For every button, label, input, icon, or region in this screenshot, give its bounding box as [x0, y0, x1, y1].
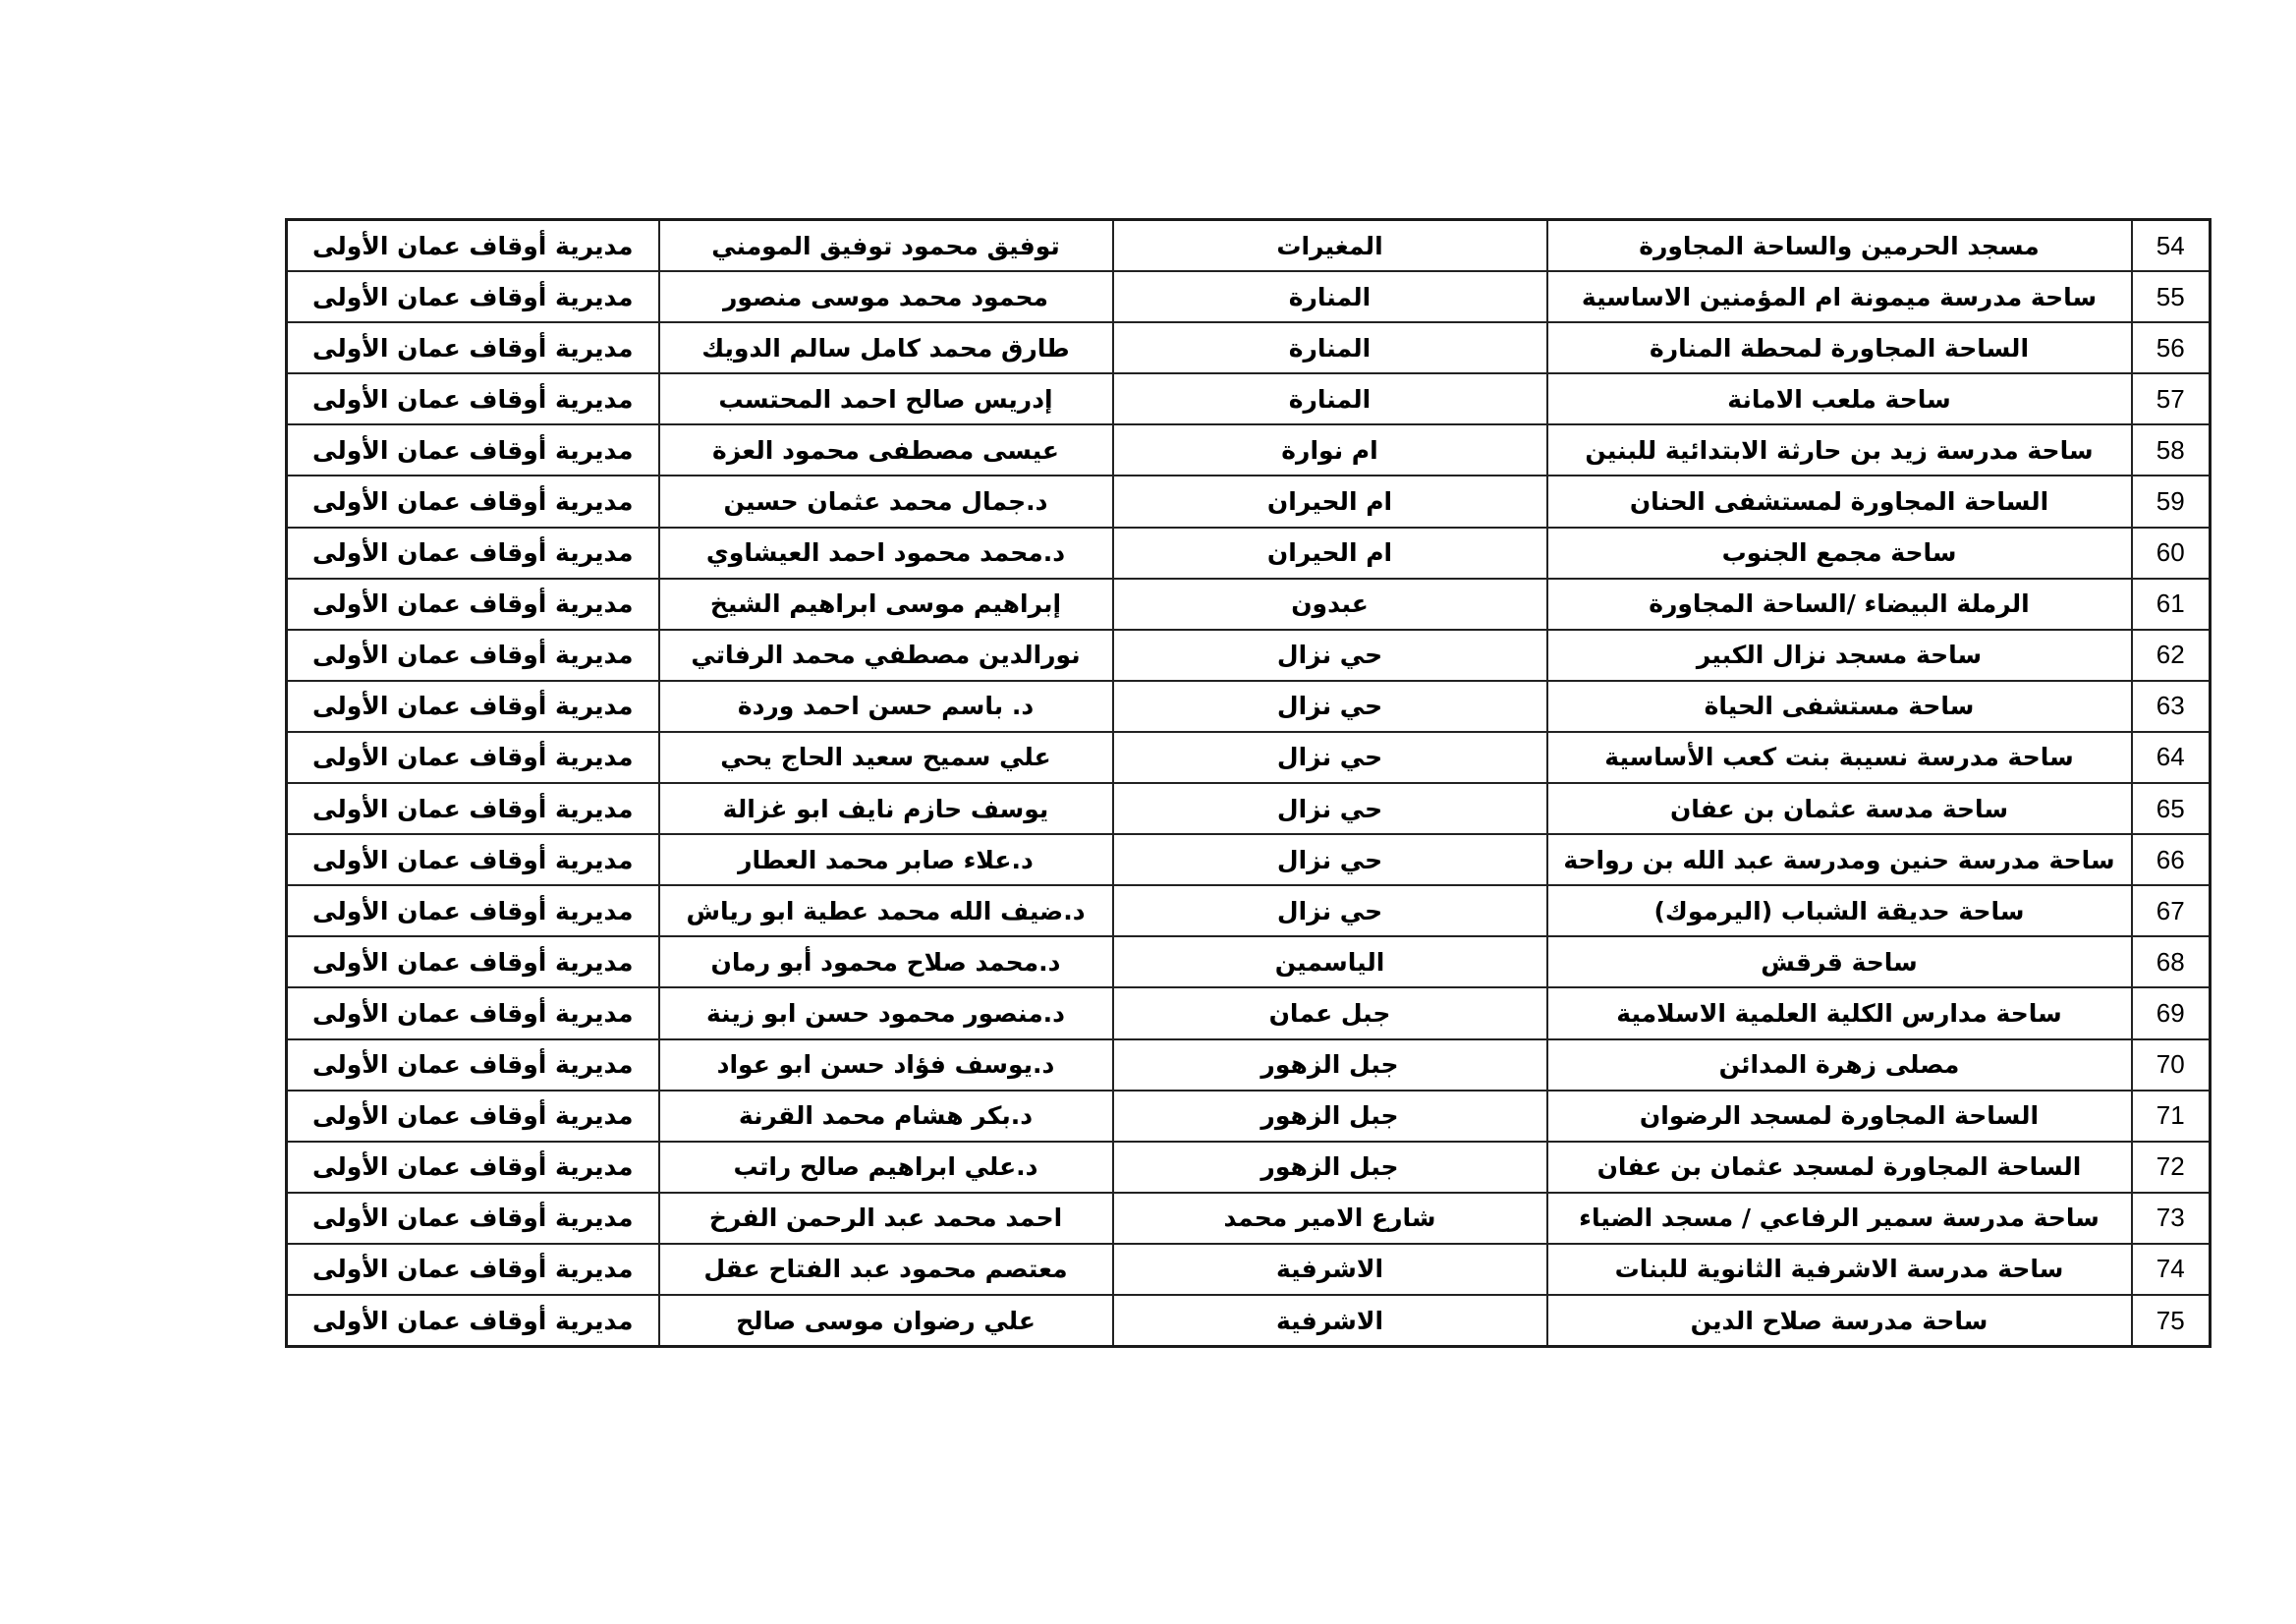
imam-name-cell: احمد محمد عبد الرحمن الفرخ	[659, 1193, 1113, 1244]
table-row: 66 ساحة مدرسة حنين ومدرسة عبد الله بن رو…	[287, 834, 2211, 885]
imam-name-cell: علي رضوان موسى صالح	[659, 1295, 1113, 1347]
area-cell: حي نزال	[1113, 630, 1547, 681]
directorate-cell: مديرية أوقاف عمان الأولى	[287, 322, 659, 373]
imam-name-cell: د.ضيف الله محمد عطية ابو رياش	[659, 885, 1113, 936]
row-number-cell: 63	[2132, 681, 2211, 732]
site-cell: ساحة مستشفى الحياة	[1547, 681, 2132, 732]
table-row: 54 مسجد الحرمين والساحة المجاورة المغيرا…	[287, 220, 2211, 272]
area-cell: حي نزال	[1113, 732, 1547, 783]
imam-name-cell: د.علي ابراهيم صالح راتب	[659, 1142, 1113, 1193]
table-row: 69 ساحة مدارس الكلية العلمية الاسلامية ج…	[287, 987, 2211, 1038]
area-cell: الاشرفية	[1113, 1295, 1547, 1347]
directorate-cell: مديرية أوقاف عمان الأولى	[287, 783, 659, 834]
imam-name-cell: د.محمد صلاح محمود أبو رمان	[659, 936, 1113, 987]
imam-name-cell: د.منصور محمود حسن ابو زينة	[659, 987, 1113, 1038]
area-cell: ام الحيران	[1113, 476, 1547, 527]
site-cell: ساحة ملعب الامانة	[1547, 373, 2132, 424]
directorate-cell: مديرية أوقاف عمان الأولى	[287, 220, 659, 272]
site-cell: ساحة مدرسة زيد بن حارثة الابتدائية للبني…	[1547, 424, 2132, 476]
table-row: 71 الساحة المجاورة لمسجد الرضوان جبل الز…	[287, 1091, 2211, 1142]
table-row: 62 ساحة مسجد نزال الكبير حي نزال نورالدي…	[287, 630, 2211, 681]
directorate-cell: مديرية أوقاف عمان الأولى	[287, 681, 659, 732]
directorate-cell: مديرية أوقاف عمان الأولى	[287, 1091, 659, 1142]
directorate-cell: مديرية أوقاف عمان الأولى	[287, 271, 659, 322]
imam-name-cell: د. باسم حسن احمد وردة	[659, 681, 1113, 732]
directorate-cell: مديرية أوقاف عمان الأولى	[287, 1295, 659, 1347]
row-number-cell: 60	[2132, 528, 2211, 579]
directorate-cell: مديرية أوقاف عمان الأولى	[287, 373, 659, 424]
site-cell: الساحة المجاورة لمسجد عثمان بن عفان	[1547, 1142, 2132, 1193]
directorate-cell: مديرية أوقاف عمان الأولى	[287, 834, 659, 885]
row-number-cell: 62	[2132, 630, 2211, 681]
row-number-cell: 61	[2132, 579, 2211, 630]
area-cell: حي نزال	[1113, 834, 1547, 885]
site-cell: ساحة مسجد نزال الكبير	[1547, 630, 2132, 681]
site-cell: ساحة مدارس الكلية العلمية الاسلامية	[1547, 987, 2132, 1038]
table-row: 73 ساحة مدرسة سمير الرفاعي / مسجد الضياء…	[287, 1193, 2211, 1244]
imam-name-cell: د.جمال محمد عثمان حسين	[659, 476, 1113, 527]
site-cell: مسجد الحرمين والساحة المجاورة	[1547, 220, 2132, 272]
site-cell: الساحة المجاورة لمستشفى الحنان	[1547, 476, 2132, 527]
row-number-cell: 58	[2132, 424, 2211, 476]
directorate-cell: مديرية أوقاف عمان الأولى	[287, 885, 659, 936]
table-row: 68 ساحة قرقش الياسمين د.محمد صلاح محمود …	[287, 936, 2211, 987]
row-number-cell: 56	[2132, 322, 2211, 373]
imam-name-cell: محمود محمد موسى منصور	[659, 271, 1113, 322]
table-row: 67 ساحة حديقة الشباب (اليرموك) حي نزال د…	[287, 885, 2211, 936]
site-cell: ساحة مدرسة نسيبة بنت كعب الأساسية	[1547, 732, 2132, 783]
imam-name-cell: يوسف حازم نايف ابو غزالة	[659, 783, 1113, 834]
site-cell: ساحة مدرسة ميمونة ام المؤمنين الاساسية	[1547, 271, 2132, 322]
imam-name-cell: عيسى مصطفى محمود العزة	[659, 424, 1113, 476]
site-cell: الساحة المجاورة لمسجد الرضوان	[1547, 1091, 2132, 1142]
area-cell: جبل الزهور	[1113, 1039, 1547, 1091]
table-row: 56 الساحة المجاورة لمحطة المنارة المنارة…	[287, 322, 2211, 373]
imam-name-cell: علي سميح سعيد الحاج يحي	[659, 732, 1113, 783]
table-row: 75 ساحة مدرسة صلاح الدين الاشرفية علي رض…	[287, 1295, 2211, 1347]
imam-name-cell: د.بكر هشام محمد القرنة	[659, 1091, 1113, 1142]
imam-name-cell: د.علاء صابر محمد العطار	[659, 834, 1113, 885]
area-cell: المنارة	[1113, 373, 1547, 424]
site-cell: ساحة مجمع الجنوب	[1547, 528, 2132, 579]
row-number-cell: 54	[2132, 220, 2211, 272]
directorate-cell: مديرية أوقاف عمان الأولى	[287, 424, 659, 476]
directorate-cell: مديرية أوقاف عمان الأولى	[287, 476, 659, 527]
directorate-cell: مديرية أوقاف عمان الأولى	[287, 936, 659, 987]
directorate-cell: مديرية أوقاف عمان الأولى	[287, 1193, 659, 1244]
site-cell: ساحة مدرسة صلاح الدين	[1547, 1295, 2132, 1347]
row-number-cell: 71	[2132, 1091, 2211, 1142]
row-number-cell: 69	[2132, 987, 2211, 1038]
table-row: 63 ساحة مستشفى الحياة حي نزال د. باسم حس…	[287, 681, 2211, 732]
directorate-cell: مديرية أوقاف عمان الأولى	[287, 528, 659, 579]
imam-name-cell: توفيق محمود توفيق المومني	[659, 220, 1113, 272]
row-number-cell: 72	[2132, 1142, 2211, 1193]
table-row: 74 ساحة مدرسة الاشرفية الثانوية للبنات ا…	[287, 1244, 2211, 1295]
imam-name-cell: إدريس صالح احمد المحتسب	[659, 373, 1113, 424]
directorate-cell: مديرية أوقاف عمان الأولى	[287, 1244, 659, 1295]
table-row: 58 ساحة مدرسة زيد بن حارثة الابتدائية لل…	[287, 424, 2211, 476]
area-cell: ام نوارة	[1113, 424, 1547, 476]
row-number-cell: 55	[2132, 271, 2211, 322]
area-cell: شارع الامير محمد	[1113, 1193, 1547, 1244]
area-cell: الياسمين	[1113, 936, 1547, 987]
row-number-cell: 65	[2132, 783, 2211, 834]
area-cell: حي نزال	[1113, 783, 1547, 834]
table-row: 57 ساحة ملعب الامانة المنارة إدريس صالح …	[287, 373, 2211, 424]
directorate-cell: مديرية أوقاف عمان الأولى	[287, 630, 659, 681]
imam-name-cell: إبراهيم موسى ابراهيم الشيخ	[659, 579, 1113, 630]
area-cell: المنارة	[1113, 271, 1547, 322]
table-row: 72 الساحة المجاورة لمسجد عثمان بن عفان ج…	[287, 1142, 2211, 1193]
table-row: 61 الرملة البيضاء /الساحة المجاورة عبدون…	[287, 579, 2211, 630]
area-cell: جبل عمان	[1113, 987, 1547, 1038]
site-cell: الساحة المجاورة لمحطة المنارة	[1547, 322, 2132, 373]
site-cell: ساحة قرقش	[1547, 936, 2132, 987]
table-row: 59 الساحة المجاورة لمستشفى الحنان ام الح…	[287, 476, 2211, 527]
area-cell: عبدون	[1113, 579, 1547, 630]
directorate-cell: مديرية أوقاف عمان الأولى	[287, 1142, 659, 1193]
site-cell: ساحة مدرسة سمير الرفاعي / مسجد الضياء	[1547, 1193, 2132, 1244]
site-cell: ساحة مدسة عثمان بن عفان	[1547, 783, 2132, 834]
row-number-cell: 75	[2132, 1295, 2211, 1347]
site-cell: الرملة البيضاء /الساحة المجاورة	[1547, 579, 2132, 630]
area-cell: جبل الزهور	[1113, 1142, 1547, 1193]
area-cell: الاشرفية	[1113, 1244, 1547, 1295]
area-cell: حي نزال	[1113, 885, 1547, 936]
table-row: 55 ساحة مدرسة ميمونة ام المؤمنين الاساسي…	[287, 271, 2211, 322]
imam-name-cell: نورالدين مصطفي محمد الرفاتي	[659, 630, 1113, 681]
document-page: 54 مسجد الحرمين والساحة المجاورة المغيرا…	[0, 0, 2296, 1624]
area-cell: جبل الزهور	[1113, 1091, 1547, 1142]
site-cell: ساحة مدرسة حنين ومدرسة عبد الله بن رواحة	[1547, 834, 2132, 885]
row-number-cell: 73	[2132, 1193, 2211, 1244]
table-row: 60 ساحة مجمع الجنوب ام الحيران د.محمد مح…	[287, 528, 2211, 579]
table-row: 64 ساحة مدرسة نسيبة بنت كعب الأساسية حي …	[287, 732, 2211, 783]
table-body: 54 مسجد الحرمين والساحة المجاورة المغيرا…	[287, 220, 2211, 1347]
row-number-cell: 59	[2132, 476, 2211, 527]
table-row: 65 ساحة مدسة عثمان بن عفان حي نزال يوسف …	[287, 783, 2211, 834]
row-number-cell: 68	[2132, 936, 2211, 987]
imam-name-cell: معتصم محمود عبد الفتاح عقل	[659, 1244, 1113, 1295]
imam-name-cell: د.محمد محمود احمد العيشاوي	[659, 528, 1113, 579]
row-number-cell: 70	[2132, 1039, 2211, 1091]
site-cell: ساحة حديقة الشباب (اليرموك)	[1547, 885, 2132, 936]
imam-name-cell: د.يوسف فؤاد حسن ابو عواد	[659, 1039, 1113, 1091]
row-number-cell: 64	[2132, 732, 2211, 783]
row-number-cell: 66	[2132, 834, 2211, 885]
prayer-grounds-table: 54 مسجد الحرمين والساحة المجاورة المغيرا…	[285, 218, 2212, 1348]
directorate-cell: مديرية أوقاف عمان الأولى	[287, 732, 659, 783]
directorate-cell: مديرية أوقاف عمان الأولى	[287, 1039, 659, 1091]
table-row: 70 مصلى زهرة المدائن جبل الزهور د.يوسف ف…	[287, 1039, 2211, 1091]
directorate-cell: مديرية أوقاف عمان الأولى	[287, 987, 659, 1038]
area-cell: حي نزال	[1113, 681, 1547, 732]
area-cell: ام الحيران	[1113, 528, 1547, 579]
area-cell: المغيرات	[1113, 220, 1547, 272]
directorate-cell: مديرية أوقاف عمان الأولى	[287, 579, 659, 630]
row-number-cell: 74	[2132, 1244, 2211, 1295]
row-number-cell: 57	[2132, 373, 2211, 424]
site-cell: مصلى زهرة المدائن	[1547, 1039, 2132, 1091]
site-cell: ساحة مدرسة الاشرفية الثانوية للبنات	[1547, 1244, 2132, 1295]
area-cell: المنارة	[1113, 322, 1547, 373]
row-number-cell: 67	[2132, 885, 2211, 936]
imam-name-cell: طارق محمد كامل سالم الدويك	[659, 322, 1113, 373]
